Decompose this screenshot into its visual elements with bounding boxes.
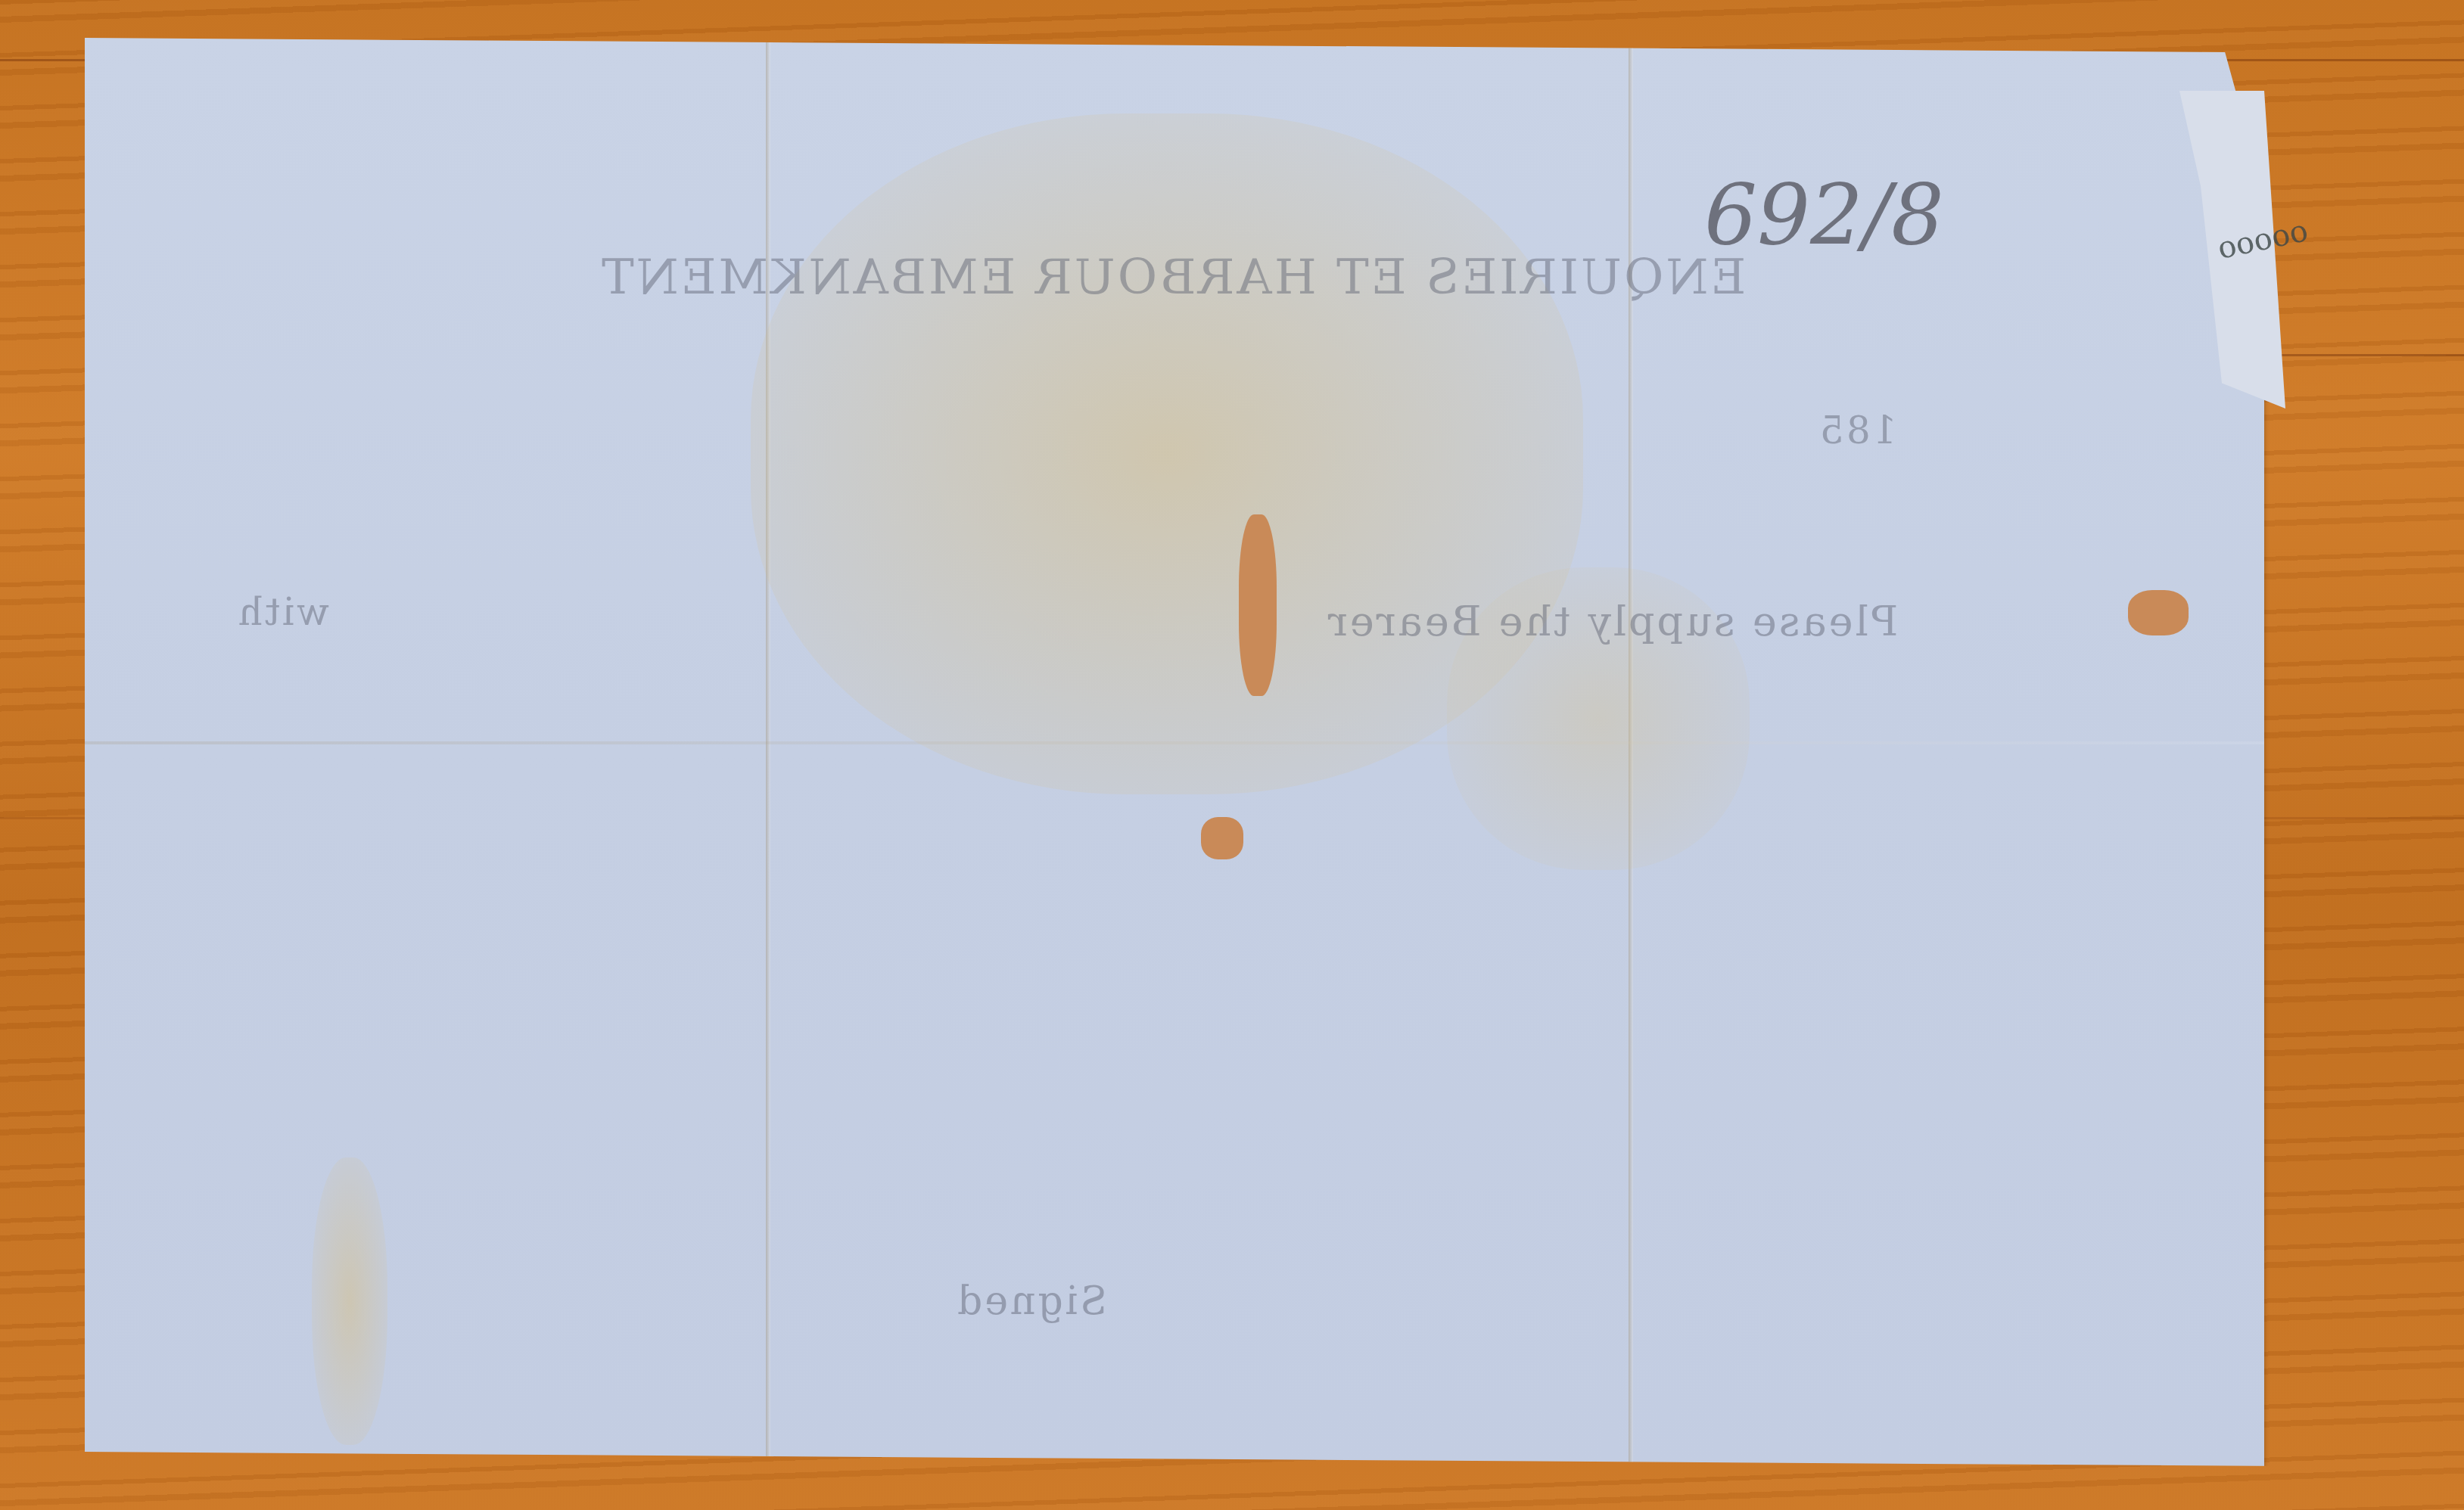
showthrough-with: with: [236, 590, 329, 634]
tear-hole: [1239, 514, 1277, 696]
showthrough-body-line: Please supply the Bearer: [1326, 598, 1898, 645]
showthrough-year: 185: [1818, 409, 1896, 452]
document-paper: 692/8 ENQUIRIES ET HARBOUR EMBANKMENT 18…: [85, 38, 2264, 1466]
handwritten-reference: 692/8: [1704, 166, 1944, 263]
water-stain: [312, 1157, 387, 1445]
showthrough-header: ENQUIRIES ET HARBOUR EMBANKMENT: [599, 250, 1746, 306]
showthrough-signed: Signed: [955, 1279, 1107, 1324]
tear-hole: [1201, 817, 1243, 859]
tear-hole: [2128, 590, 2189, 635]
